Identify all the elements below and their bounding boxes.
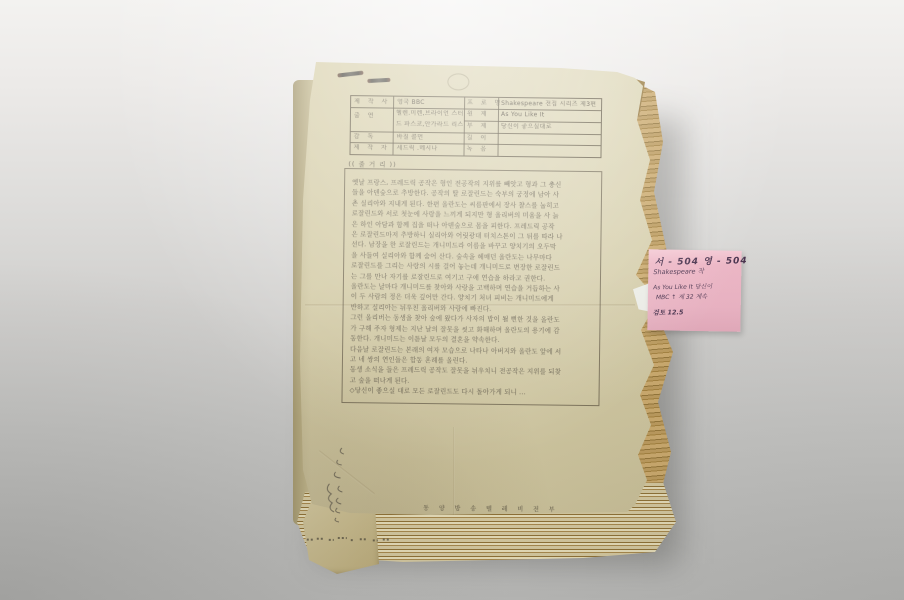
note-title-line: As You Like It 당신이: [653, 281, 712, 291]
note-red-annotation: 검토 12.5: [653, 307, 684, 317]
field-value-producer: 세드릭 .메시나: [397, 145, 463, 153]
field-label-production-company: 제 작 사: [354, 98, 390, 105]
field-label-program: 프 로 명: [467, 100, 503, 107]
field-value-production-company: 영국 BBC: [397, 99, 463, 107]
table-rule: [463, 97, 465, 155]
field-label-length: 길 이: [467, 135, 490, 142]
pink-sticky-note: 서 - 504 영 - 504 Shakespeare 작 As You Lik…: [647, 249, 741, 332]
field-value-cast-line2: 드 파스코,안가라드 리스: [396, 121, 463, 129]
field-label-producer: 제 작 자: [354, 144, 390, 151]
page-content: 제 작 사 영국 BBC 출 연 헬렌.미렌,브라이언 스터너,리챠 드 파스코…: [277, 51, 704, 596]
page-footer: 동 양 방 송 텔 레 비 전 부: [423, 503, 559, 514]
staple-icon: [337, 71, 363, 78]
pencil-scribble: [323, 446, 354, 538]
synopsis-text: 옛날 프랑스, 프레드릭 공작은 형인 전공작의 지위를 빼앗고 형과 그 충신…: [350, 177, 595, 398]
bottom-edge-writing-marks: [305, 532, 400, 547]
field-value-subtitle: 당신이 좋으실대로: [501, 123, 599, 131]
table-rule: [392, 97, 394, 155]
field-value-program: Shakespeare 전집 시리즈 제3편: [501, 100, 599, 108]
field-label-recording: 녹 음: [467, 146, 490, 153]
paperclip-imprint: [447, 73, 469, 90]
field-value-original-title: As You Like It: [501, 111, 599, 119]
field-label-cast: 출 연: [354, 112, 377, 119]
metadata-table: 제 작 사 영국 BBC 출 연 헬렌.미렌,브라이언 스터너,리챠 드 파스코…: [349, 95, 602, 158]
field-value-cast-line1: 헬렌.미렌,브라이언 스터너,리챠: [396, 110, 463, 118]
photo-of-archival-document: 제 작 사 영국 BBC 출 연 헬렌.미렌,브라이언 스터너,리챠 드 파스코…: [0, 0, 904, 600]
paper-stack: 제 작 사 영국 BBC 출 연 헬렌.미렌,브라이언 스터너,리챠 드 파스코…: [283, 52, 703, 592]
field-label-original-title: 원 제: [467, 111, 490, 118]
note-episode-line: MBC ↑ 제 32 계속: [656, 291, 707, 301]
staple-icon: [367, 78, 390, 83]
field-label-subtitle: 부 제: [467, 123, 490, 130]
field-value-director: 바질 콜먼: [397, 134, 463, 142]
note-title-latin: Shakespeare 작: [653, 266, 704, 276]
field-label-director: 감 독: [354, 133, 377, 140]
